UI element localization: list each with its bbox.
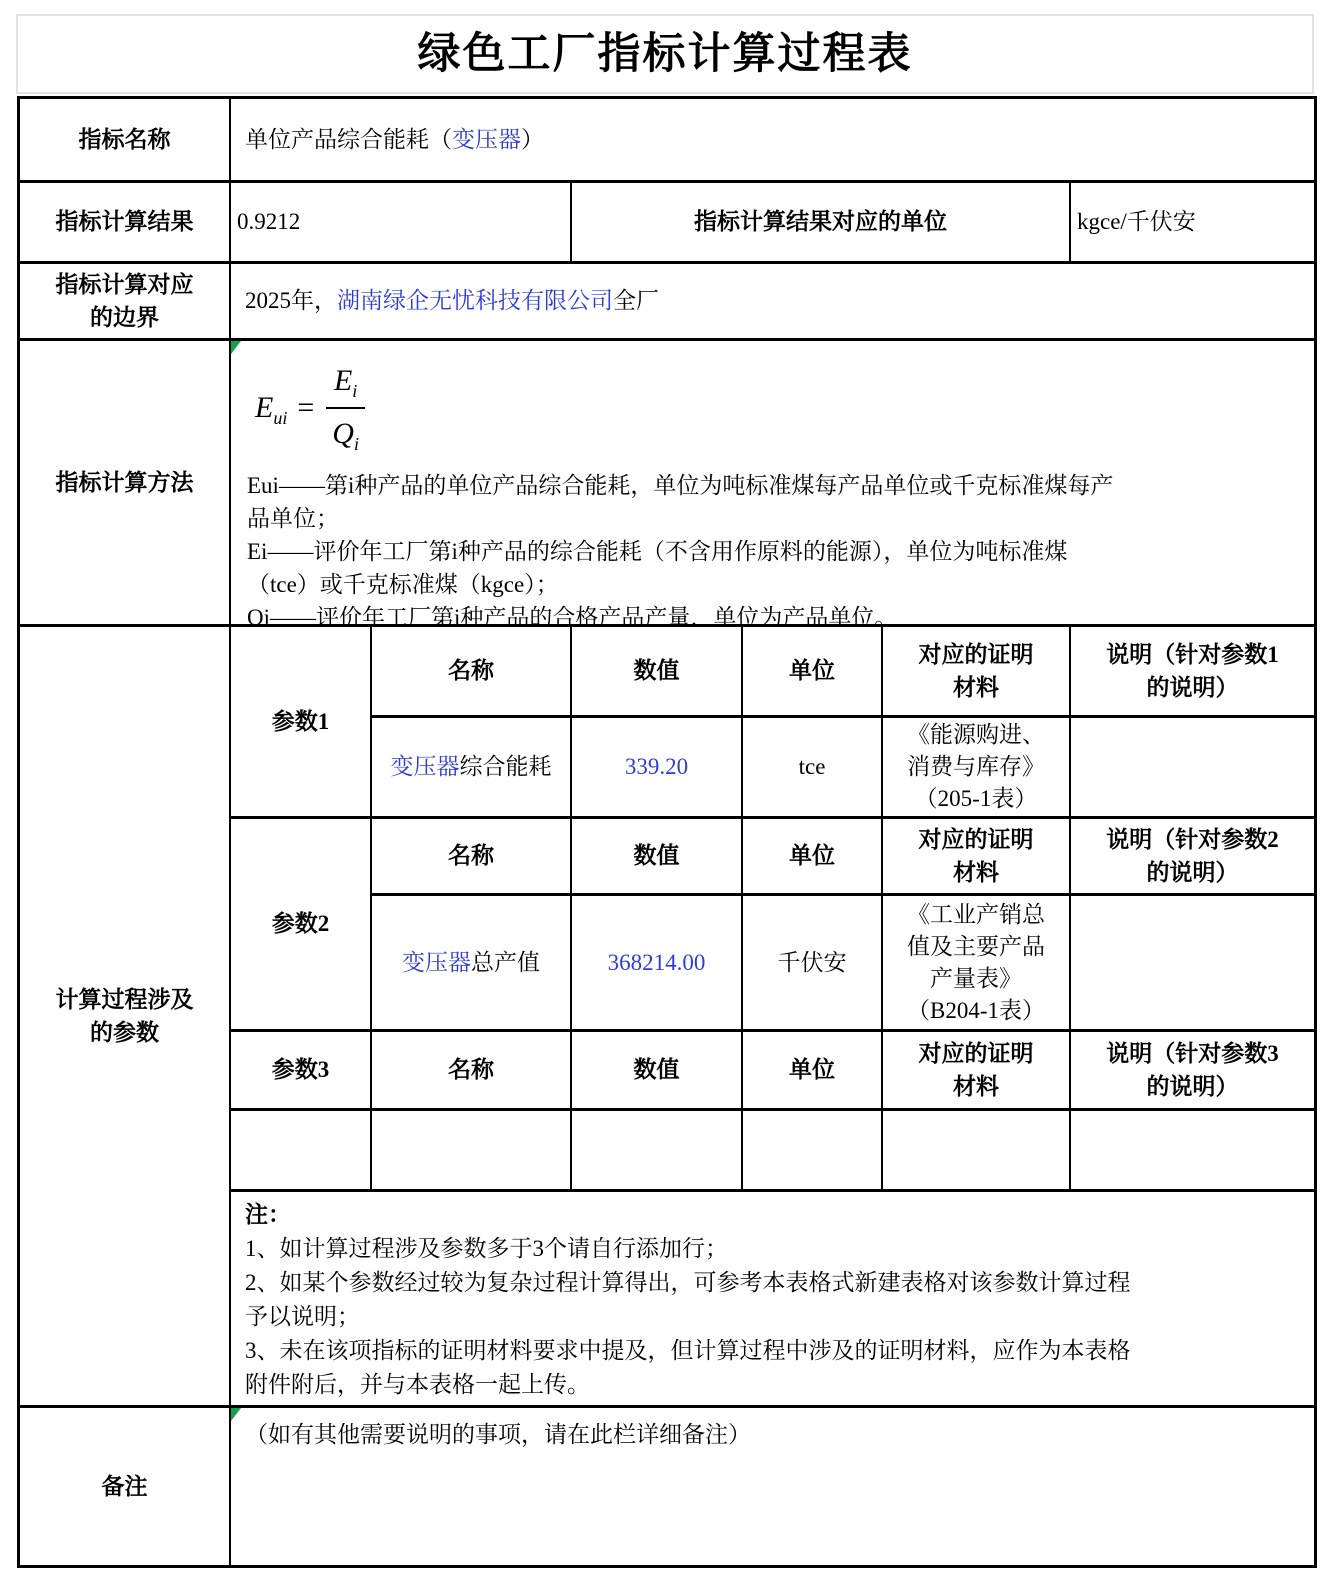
param1-header-name: 名称 [370, 624, 570, 715]
param1-label: 参数1 [229, 624, 370, 816]
indicator-name-value-cell[interactable]: 单位产品综合能耗（变压器） [229, 99, 1314, 180]
params-section-label: 计算过程涉及的参数 [20, 624, 229, 1405]
remark-label: 备注 [20, 1405, 229, 1565]
notes-body: 1、如计算过程涉及参数多于3个请自行添加行； 2、如某个参数经过较为复杂过程计算… [245, 1232, 1131, 1402]
result-unit-cell[interactable]: kgce/千伏安 [1069, 180, 1314, 261]
param3-empty-cell[interactable] [229, 1108, 370, 1189]
notes-cell: 注： 1、如计算过程涉及参数多于3个请自行添加行； 2、如某个参数经过较为复杂过… [229, 1189, 1314, 1405]
param2-label: 参数2 [229, 816, 370, 1029]
param2-name-highlight: 变压器 [402, 950, 471, 975]
notes-title: 注： [245, 1198, 291, 1232]
param2-value: 368214.00 [608, 946, 706, 979]
param1-unit-cell[interactable]: tce [741, 715, 881, 816]
boundary-scope: 全厂 [613, 284, 659, 317]
param3-unit-cell[interactable] [741, 1108, 881, 1189]
param1-value: 339.20 [625, 750, 688, 783]
formula-definitions: Eui——第i种产品的单位产品综合能耗，单位为吨标准煤每产品单位或千克标准煤每产… [247, 469, 1113, 624]
remark-cell[interactable]: （如有其他需要说明的事项，请在此栏详细备注） [229, 1405, 1314, 1565]
formula-equals: = [297, 386, 314, 430]
formula-fraction: Ei Qi [324, 359, 367, 457]
calculation-table: 指标名称 单位产品综合能耗（变压器） 指标计算结果 0.9212 指标计算结果对… [17, 96, 1317, 1568]
page-title: 绿色工厂指标计算过程表 [418, 33, 913, 76]
indicator-name-prefix: 单位产品综合能耗（ [245, 123, 452, 156]
param2-unit-cell[interactable]: 千伏安 [741, 893, 881, 1029]
param2-header-name: 名称 [370, 816, 570, 893]
result-unit: kgce/千伏安 [1077, 205, 1196, 238]
param1-evidence: 《能源购进、 消费与库存》 （205-1表） [907, 719, 1045, 815]
param2-header-unit: 单位 [741, 816, 881, 893]
cell-corner-marker-icon [231, 341, 241, 354]
param1-value-cell[interactable]: 339.20 [570, 715, 741, 816]
boundary-year: 2025年， [245, 284, 337, 317]
param3-header-unit: 单位 [741, 1029, 881, 1108]
param2-header-value: 数值 [570, 816, 741, 893]
cell-corner-marker-icon [231, 1408, 241, 1421]
indicator-name-label: 指标名称 [20, 99, 229, 180]
result-value-cell[interactable]: 0.9212 [229, 180, 570, 261]
param3-header-name: 名称 [370, 1029, 570, 1108]
boundary-company-highlight: 湖南绿企无忧科技有限公司 [337, 284, 613, 317]
boundary-value-cell[interactable]: 2025年，湖南绿企无忧科技有限公司全厂 [229, 261, 1314, 338]
param3-value-cell[interactable] [570, 1108, 741, 1189]
param1-name-cell[interactable]: 变压器综合能耗 [370, 715, 570, 816]
formula-denominator: Qi [324, 409, 367, 457]
result-unit-label: 指标计算结果对应的单位 [570, 180, 1069, 261]
param1-header-evidence: 对应的证明材料 [881, 624, 1069, 715]
formula-lhs: Eui [255, 386, 287, 431]
indicator-product-highlight: 变压器 [452, 123, 521, 156]
param2-value-cell[interactable]: 368214.00 [570, 893, 741, 1029]
method-cell[interactable]: Eui = Ei Qi Eui——第i种产品的单位产品综合能耗，单位为吨标准煤每… [229, 338, 1314, 624]
param1-evidence-cell[interactable]: 《能源购进、 消费与库存》 （205-1表） [881, 715, 1069, 816]
result-label: 指标计算结果 [20, 180, 229, 261]
param1-note-cell[interactable] [1069, 715, 1314, 816]
param3-header-evidence: 对应的证明材料 [881, 1029, 1069, 1108]
param1-header-unit: 单位 [741, 624, 881, 715]
param2-name-rest: 总产值 [471, 950, 540, 975]
param3-note-cell[interactable] [1069, 1108, 1314, 1189]
param2-name-cell[interactable]: 变压器总产值 [370, 893, 570, 1029]
param1-unit: tce [799, 750, 826, 783]
result-value: 0.9212 [237, 205, 300, 238]
boundary-label: 指标计算对应的边界 [20, 261, 229, 338]
param3-header-value: 数值 [570, 1029, 741, 1108]
param2-unit: 千伏安 [778, 946, 847, 979]
param3-name-cell[interactable] [370, 1108, 570, 1189]
param3-evidence-cell[interactable] [881, 1108, 1069, 1189]
param1-name-highlight: 变压器 [391, 754, 460, 779]
param3-header-note: 说明（针对参数3的说明） [1069, 1029, 1314, 1108]
formula: Eui = Ei Qi [255, 359, 367, 457]
formula-numerator: Ei [326, 359, 365, 409]
param2-evidence: 《工业产销总 值及主要产品 产量表》 （B204-1表） [907, 899, 1045, 1027]
param2-note-cell[interactable] [1069, 893, 1314, 1029]
remark-placeholder: （如有其他需要说明的事项，请在此栏详细备注） [245, 1418, 751, 1451]
param2-evidence-cell[interactable]: 《工业产销总 值及主要产品 产量表》 （B204-1表） [881, 893, 1069, 1029]
param1-name-rest: 综合能耗 [460, 754, 552, 779]
indicator-name-suffix: ） [521, 123, 544, 156]
param1-header-note: 说明（针对参数1的说明） [1069, 624, 1314, 715]
param2-header-note: 说明（针对参数2的说明） [1069, 816, 1314, 893]
method-label: 指标计算方法 [20, 338, 229, 624]
param2-header-evidence: 对应的证明材料 [881, 816, 1069, 893]
title-box: 绿色工厂指标计算过程表 [16, 14, 1314, 94]
param1-header-value: 数值 [570, 624, 741, 715]
green-factory-calculation-sheet: 绿色工厂指标计算过程表 指标名称 单位产品综合能耗（变压器） 指标计算结果 0.… [0, 0, 1328, 1586]
param3-label: 参数3 [229, 1029, 370, 1108]
